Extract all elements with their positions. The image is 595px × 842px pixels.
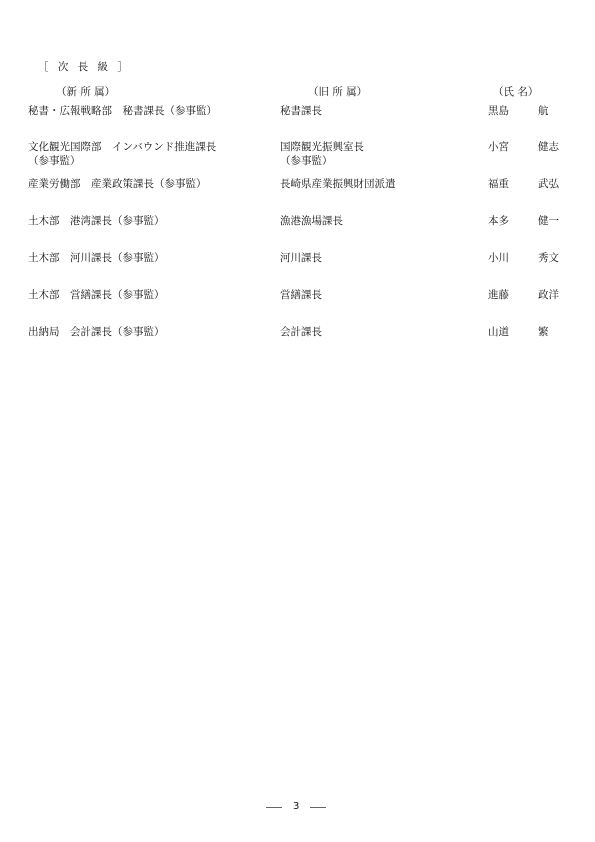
old-dept-cell: 国際観光振興室長 — [280, 140, 364, 154]
footer-dash-right — [310, 807, 326, 808]
surname-cell: 福重 — [488, 177, 509, 191]
given-name-cell: 航 — [538, 104, 549, 118]
old-dept-cell: 営繕課長 — [280, 288, 322, 302]
old-dept-cell: 河川課長 — [280, 251, 322, 265]
old-dept-cell: 会計課長 — [280, 325, 322, 339]
header-old-dept: （旧 所 属） — [308, 85, 367, 99]
new-dept-cell: 土木部 河川課長（参事監） — [28, 251, 165, 265]
given-name-cell: 政洋 — [538, 288, 559, 302]
old-dept-cell: 秘書課長 — [280, 104, 322, 118]
new-dept-cell: 土木部 港湾課長（参事監） — [28, 214, 165, 228]
surname-cell: 進藤 — [488, 288, 509, 302]
surname-cell: 山道 — [488, 325, 509, 339]
given-name-cell: 健志 — [538, 140, 559, 154]
section-title: ［ 次 長 級 ］ — [38, 60, 131, 74]
page-number: 3 — [293, 800, 299, 814]
given-name-cell: 健一 — [538, 214, 559, 228]
header-name: （氏 名） — [493, 85, 538, 99]
old-dept-cell: 漁港漁場課長 — [280, 214, 343, 228]
given-name-cell: 繁 — [538, 325, 549, 339]
surname-cell: 黒島 — [488, 104, 509, 118]
new-dept-cell: 産業労働部 産業政策課長（参事監） — [28, 177, 207, 191]
new-dept-cell: 文化観光国際部 インバウンド推進課長 — [28, 140, 216, 154]
given-name-cell: 武弘 — [538, 177, 559, 191]
surname-cell: 小宮 — [488, 140, 509, 154]
old-dept-cell: 長崎県産業振興財団派遣 — [280, 177, 396, 191]
new-dept-cell-line2: （参事監） — [28, 154, 81, 168]
surname-cell: 本多 — [488, 214, 509, 228]
given-name-cell: 秀文 — [538, 251, 559, 265]
new-dept-cell: 秘書・広報戦略部 秘書課長（参事監） — [28, 104, 217, 118]
new-dept-cell: 土木部 営繕課長（参事監） — [28, 288, 165, 302]
footer-dash-left — [266, 807, 282, 808]
header-new-dept: （新 所 属） — [56, 85, 115, 99]
old-dept-cell-line2: （参事監） — [280, 154, 333, 168]
new-dept-cell: 出納局 会計課長（参事監） — [28, 325, 165, 339]
surname-cell: 小川 — [488, 251, 509, 265]
